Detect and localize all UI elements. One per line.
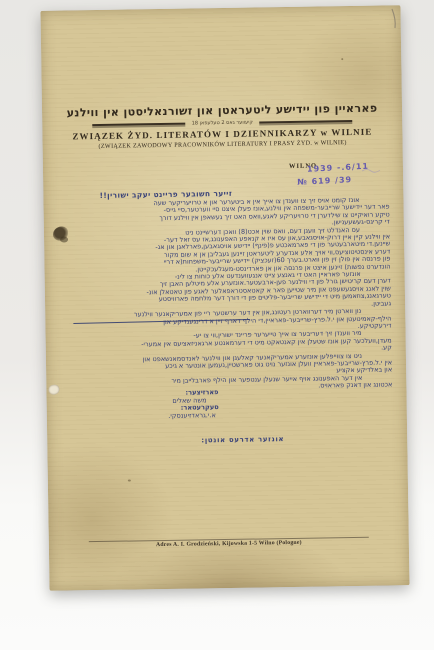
secretary-name: א.י.גראדזיענסקי.	[99, 412, 216, 421]
letter-document: פאראיין פון יידישע ליטעראטן און זשורנאלי…	[40, 5, 409, 591]
paper-speck	[341, 58, 343, 60]
rule-right	[259, 120, 352, 123]
letter-body: אונז קומט אויס זיך צו ווענדן צו אייך אין…	[57, 196, 392, 394]
letterhead-street-note: קיעווער גאס 2 טעלעפאן 18	[192, 120, 253, 127]
date-stamp: 1939 -.6/11	[307, 162, 369, 174]
signature-block: פארזיצער: משה שאלים סעקרעטאר: א.י.גראדזי…	[98, 389, 218, 421]
address-note: אונזער אדרעס אונטן:	[201, 435, 284, 444]
photo-of-letter: { "colors": { "paper": "#d6c697", "print…	[0, 0, 434, 650]
paper-hole	[48, 385, 59, 395]
footer-address: Adres A. I. Grodzieński, Kijowska 1-5 Wi…	[89, 537, 369, 549]
letterhead-rule-row: קיעווער גאס 2 טעלעפאן 18	[92, 118, 352, 128]
rule-left	[92, 123, 185, 126]
paper-speck	[128, 480, 131, 482]
number-stamp: № 619 /39	[297, 175, 352, 187]
